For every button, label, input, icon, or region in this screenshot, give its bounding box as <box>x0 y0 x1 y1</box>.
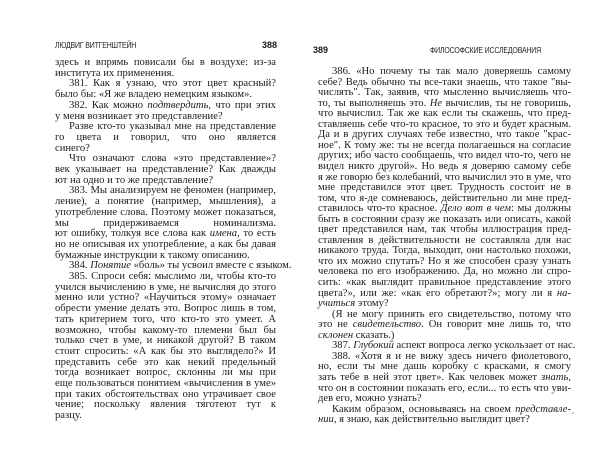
text-span: но не описывая их употребление, а как бы… <box>55 239 276 250</box>
text-line: учиться этому? <box>318 298 571 309</box>
text-line: здесь и впрямь повисали бы в воздухе: из… <box>55 57 276 68</box>
italic-emphasis: нии <box>318 414 334 425</box>
text-line: 386. «Но почему ты так мало доверяешь са… <box>332 66 571 77</box>
text-line: Да и в других случаях тебе известно, что… <box>318 129 571 140</box>
text-line: употребление слова. Поэтому может показа… <box>55 207 276 218</box>
text-span: я же говорю без колебаний, что вычислил … <box>318 172 571 183</box>
text-line: Разве кто-то указывал мне на представлен… <box>69 121 276 132</box>
text-span: тать критерием того, что кто-то это умее… <box>55 314 276 325</box>
text-line: синего? <box>55 143 276 154</box>
text-span: сить: «как выглядит правильное представл… <box>318 277 571 288</box>
text-span: 387. <box>332 340 353 351</box>
text-line: мне представился этот цвет. Трудность со… <box>318 182 571 193</box>
text-span: бумажные инструкции к такому описанию. <box>55 250 250 261</box>
italic-emphasis: на- <box>557 288 571 299</box>
left-page: ЛЮДВИГ ВИТГЕНШТЕЙН 388 здесь и впрямь по… <box>0 0 300 467</box>
text-line: бумажные инструкции к такому описанию. <box>55 250 276 261</box>
text-span: употребление слова. Поэтому может показа… <box>55 207 276 218</box>
text-line: 387. Глубокий аспект вопроса легко ускол… <box>332 340 571 351</box>
text-span: только счет в уме, и никакой другой? В т… <box>55 335 276 346</box>
running-head-author: ЛЮДВИГ ВИТГЕНШТЕЙН <box>55 40 136 50</box>
italic-emphasis: склонен <box>318 330 353 341</box>
text-line: себе? Ведь обычно ты все-таки знаешь, чт… <box>318 77 571 88</box>
text-span: цвета?», или же: «как его обретают?»; мо… <box>318 288 557 299</box>
text-span: , <box>568 372 571 383</box>
text-span: что вычислил. Так же как если ты скажешь… <box>318 108 571 119</box>
text-span: . Он говорит мне лишь то, что <box>421 319 571 330</box>
text-span: но, если ты мне дашь коробку с красками,… <box>318 361 571 372</box>
text-span: 388. «Хотя я и не вижу здесь ничего фиол… <box>332 351 571 362</box>
text-line: стоит спросить: «А как бы это выглядело?… <box>55 346 276 357</box>
text-line: дев его, можно узнать? <box>318 393 571 404</box>
text-line: цвет представился нам, так чтобы иллюстр… <box>318 224 571 235</box>
italic-emphasis: Глубокий <box>353 340 394 351</box>
text-line: только счет в уме, и никакой другой? В т… <box>55 335 276 346</box>
text-line: тогда возникает вопрос, склонны ли мы пр… <box>55 367 276 378</box>
text-line: нии, я знаю, как действительно выглядит … <box>318 414 571 425</box>
text-span: Что означают слова «это представление»? … <box>69 153 276 164</box>
text-line: тать критерием того, что кто-то это умее… <box>55 314 276 325</box>
text-line: ставилось что-то красное. Дело вот в чем… <box>318 203 571 214</box>
text-span: век указывает на представление? Как дваж… <box>55 164 276 175</box>
italic-emphasis: подтвердить <box>147 100 208 111</box>
text-line: 384. Понятие «боль» ты усвоил вместе с я… <box>69 260 276 271</box>
text-line: никакого труда. Тогда, выходит, они наст… <box>318 245 571 256</box>
text-line: что он в состоянии показать его, если...… <box>318 383 571 394</box>
text-span: возможно, чтобы какому-то племени был бы… <box>55 325 276 336</box>
text-span: при таких обстоятельствах оно утрачивает… <box>55 389 276 400</box>
text-span: что их можно спутать? Но я же способен с… <box>318 256 571 267</box>
text-line: цвета?», или же: «как его обретают?»; мо… <box>318 288 571 299</box>
text-line: склонен сказать.) <box>318 330 571 341</box>
text-span: ставления в действительности не составля… <box>318 235 571 246</box>
text-line: мы придерживаемся номинализма. Номиналис… <box>55 218 276 229</box>
text-line: век указывает на представление? Как дваж… <box>55 164 276 175</box>
text-line: еще пользоваться понятием «вычисления в … <box>55 378 276 389</box>
text-span: мы придерживаемся номинализма. Номиналис… <box>55 218 276 229</box>
text-span: Да и в других случаях тебе известно, что… <box>318 129 571 140</box>
text-line: ставляешь себе что-то красное, то это и … <box>318 119 571 130</box>
text-line: было бы: «Я же владею немецким языком». <box>55 89 276 100</box>
scan-speck <box>572 412 574 414</box>
text-span: сказать.) <box>353 330 394 341</box>
text-span: ное". К тому же: ты не всегда полагаешьс… <box>318 140 571 151</box>
text-span: еще пользоваться понятием «вычисления в … <box>55 378 276 389</box>
text-line: но, если ты мне дашь коробку с красками,… <box>318 361 571 372</box>
text-line: сить: «как выглядит правильное представл… <box>318 277 571 288</box>
italic-emphasis: свидетельство <box>353 319 421 330</box>
text-span: «боль» ты усвоил вместе с языком. <box>131 260 292 271</box>
text-span: представить себе это как некий предельны… <box>55 357 276 368</box>
text-span: менно или устно? «Научиться этому» означ… <box>55 292 276 303</box>
text-span: у меня возникает это представление? <box>55 111 223 122</box>
italic-emphasis: Не <box>430 98 442 109</box>
text-span: том, что я-де сомневаюсь, действительно … <box>318 193 571 204</box>
text-span: никакого труда. Тогда, выходит, они наст… <box>318 245 571 256</box>
text-line: но не описывая их употребление, а как бы… <box>55 239 276 250</box>
text-span: человека по его изображению. Да, но можн… <box>318 266 571 277</box>
italic-emphasis: Понятие <box>90 260 131 271</box>
text-line: человека по его изображению. Да, но можн… <box>318 266 571 277</box>
text-line: 381. Как я узнаю, что этот цвет красный?… <box>69 78 276 89</box>
text-line: го цвета и говорил, что оно является пре… <box>55 132 276 143</box>
text-span: 382. Как можно <box>69 100 147 111</box>
text-line: Каким образом, основываясь на своем пред… <box>332 404 571 415</box>
text-span: ют ошибку, толкуя все слова как <box>55 228 210 239</box>
text-line: 382. Как можно подтвердить, что при этих… <box>69 100 276 111</box>
text-span: ставилось что-то красное. <box>318 203 441 214</box>
text-span: вычислив, ты не говоришь, <box>442 98 571 109</box>
text-line: (Я не могу принять его свидетельство, по… <box>332 309 571 320</box>
text-line: ное". К тому же: ты не всегда полагаешьс… <box>318 140 571 151</box>
text-line: числять". Так, заявив, что мысленно вычи… <box>318 87 571 98</box>
text-line: у меня возникает это представление? <box>55 111 276 122</box>
right-page: 389 ФИЛОСОФСКИЕ ИССЛЕДОВАНИЯ 386. «Но по… <box>300 0 600 467</box>
text-span: : мы должны <box>511 203 571 214</box>
text-line: том, что я-де сомневаюсь, действительно … <box>318 193 571 204</box>
text-span: обрести умение делать это. Вопрос лишь в… <box>55 303 276 314</box>
text-line: я же говорю без колебаний, что вычислил … <box>318 172 571 183</box>
text-line: представить себе это как некий предельны… <box>55 357 276 368</box>
text-line: обрести умение делать это. Вопрос лишь в… <box>55 303 276 314</box>
text-span: чение; поскольку явления тяготеют тут к … <box>55 399 276 410</box>
text-line: ставления в действительности не составля… <box>318 235 571 246</box>
text-span: Каким образом, основываясь на своем <box>332 404 515 415</box>
text-span: стоит спросить: «А как бы это выглядело?… <box>55 346 276 357</box>
italic-emphasis: представле- <box>515 404 571 415</box>
text-line: 383. Мы анализируем не феномен (например… <box>69 185 276 196</box>
italic-emphasis: Дело вот в чем <box>441 203 511 214</box>
text-span: ют на одно и то же представление? <box>55 175 213 186</box>
text-span: 384. <box>69 260 90 271</box>
text-line: что их можно спутать? Но я же способен с… <box>318 256 571 267</box>
text-line: других; ибо часто сообщаешь, что видел ч… <box>318 150 571 161</box>
text-line: видел никто другой». Но ведь я доверяю с… <box>318 161 571 172</box>
text-line: 388. «Хотя я и не вижу здесь ничего фиол… <box>332 351 571 362</box>
text-span: себе? Ведь обычно ты все-таки знаешь, чт… <box>318 77 571 88</box>
text-line: зать тебе в ней этот цвет». Как человек … <box>318 372 571 383</box>
text-line: быть в состоянии сразу же показать или о… <box>318 214 571 225</box>
text-span: дев его, можно узнать? <box>318 393 422 404</box>
text-span: (Я не могу принять его свидетельство, по… <box>332 309 571 320</box>
text-line: 385. Спроси себя: мыслимо ли, чтобы кто-… <box>69 271 276 282</box>
text-line: чение; поскольку явления тяготеют тут к … <box>55 399 276 410</box>
text-line: это не свидетельство. Он говорит мне лиш… <box>318 319 571 330</box>
text-span: 381. Как я узнаю, что этот цвет красный?… <box>69 78 276 89</box>
page-number-left: 388 <box>262 40 277 50</box>
text-line: учился вычислению в уме, не вычисляя до … <box>55 282 276 293</box>
text-span: 386. «Но почему ты так мало доверяешь са… <box>332 66 571 77</box>
text-line: Что означают слова «это представление»? … <box>69 153 276 164</box>
text-span: тогда возникает вопрос, склонны ли мы пр… <box>55 367 276 378</box>
text-line: разцу. <box>55 410 276 421</box>
text-span: то, ты выполняешь это. <box>318 98 430 109</box>
text-line: ют на одно и то же представление? <box>55 175 276 186</box>
text-span: го цвета и говорил, что оно является пре… <box>55 132 276 143</box>
page-number-right: 389 <box>313 45 328 55</box>
text-span: синего? <box>55 143 90 154</box>
text-span: , я знаю, как действительно выглядит цве… <box>334 414 530 425</box>
text-span: 385. Спроси себя: мыслимо ли, чтобы кто-… <box>69 271 276 282</box>
text-span: мне представился этот цвет. Трудность со… <box>318 182 571 193</box>
italic-emphasis: учиться <box>318 298 355 309</box>
text-span: цвет представился нам, так чтобы иллюстр… <box>318 224 571 235</box>
text-span: ление), а понятие (например, мышления), … <box>55 196 276 207</box>
text-span: числять". Так, заявив, что мысленно вычи… <box>318 87 571 98</box>
italic-emphasis: имена <box>210 228 237 239</box>
italic-emphasis: знать <box>541 372 568 383</box>
text-span: здесь и впрямь повисали бы в воздухе: из… <box>55 57 276 68</box>
text-span: института их применения. <box>55 68 174 79</box>
text-line: ют ошибку, толкуя все слова как имена, т… <box>55 228 276 239</box>
text-line: что вычислил. Так же как если ты скажешь… <box>318 108 571 119</box>
text-span: этому? <box>355 298 388 309</box>
text-span: это не <box>318 319 353 330</box>
text-span: ставляешь себе что-то красное, то это и … <box>318 119 571 130</box>
text-span: других; ибо часто сообщаешь, что видел ч… <box>318 150 571 161</box>
text-span: Разве кто-то указывал мне на представлен… <box>69 121 276 132</box>
text-line: возможно, чтобы какому-то племени был бы… <box>55 325 276 336</box>
text-span: разцу. <box>55 410 82 421</box>
text-span: было бы: «Я же владею немецким языком». <box>55 89 252 100</box>
text-span: 383. Мы анализируем не феномен (например… <box>69 185 276 196</box>
text-line: при таких обстоятельствах оно утрачивает… <box>55 389 276 400</box>
text-span: что он в состоянии показать его, если...… <box>318 383 571 394</box>
text-span: аспект вопроса легко ускользает от нас. <box>394 340 575 351</box>
text-span: зать тебе в ней этот цвет». Как человек … <box>318 372 541 383</box>
running-head-title: ФИЛОСОФСКИЕ ИССЛЕДОВАНИЯ <box>430 45 541 55</box>
text-line: менно или устно? «Научиться этому» означ… <box>55 292 276 303</box>
text-line: ление), а понятие (например, мышления), … <box>55 196 276 207</box>
text-span: быть в состоянии сразу же показать или о… <box>318 214 571 225</box>
text-span: видел никто другой». Но ведь я доверяю с… <box>318 161 571 172</box>
text-line: института их применения. <box>55 68 276 79</box>
text-span: учился вычислению в уме, не вычисляя до … <box>55 282 276 293</box>
text-line: то, ты выполняешь это. Не вычислив, ты н… <box>318 98 571 109</box>
